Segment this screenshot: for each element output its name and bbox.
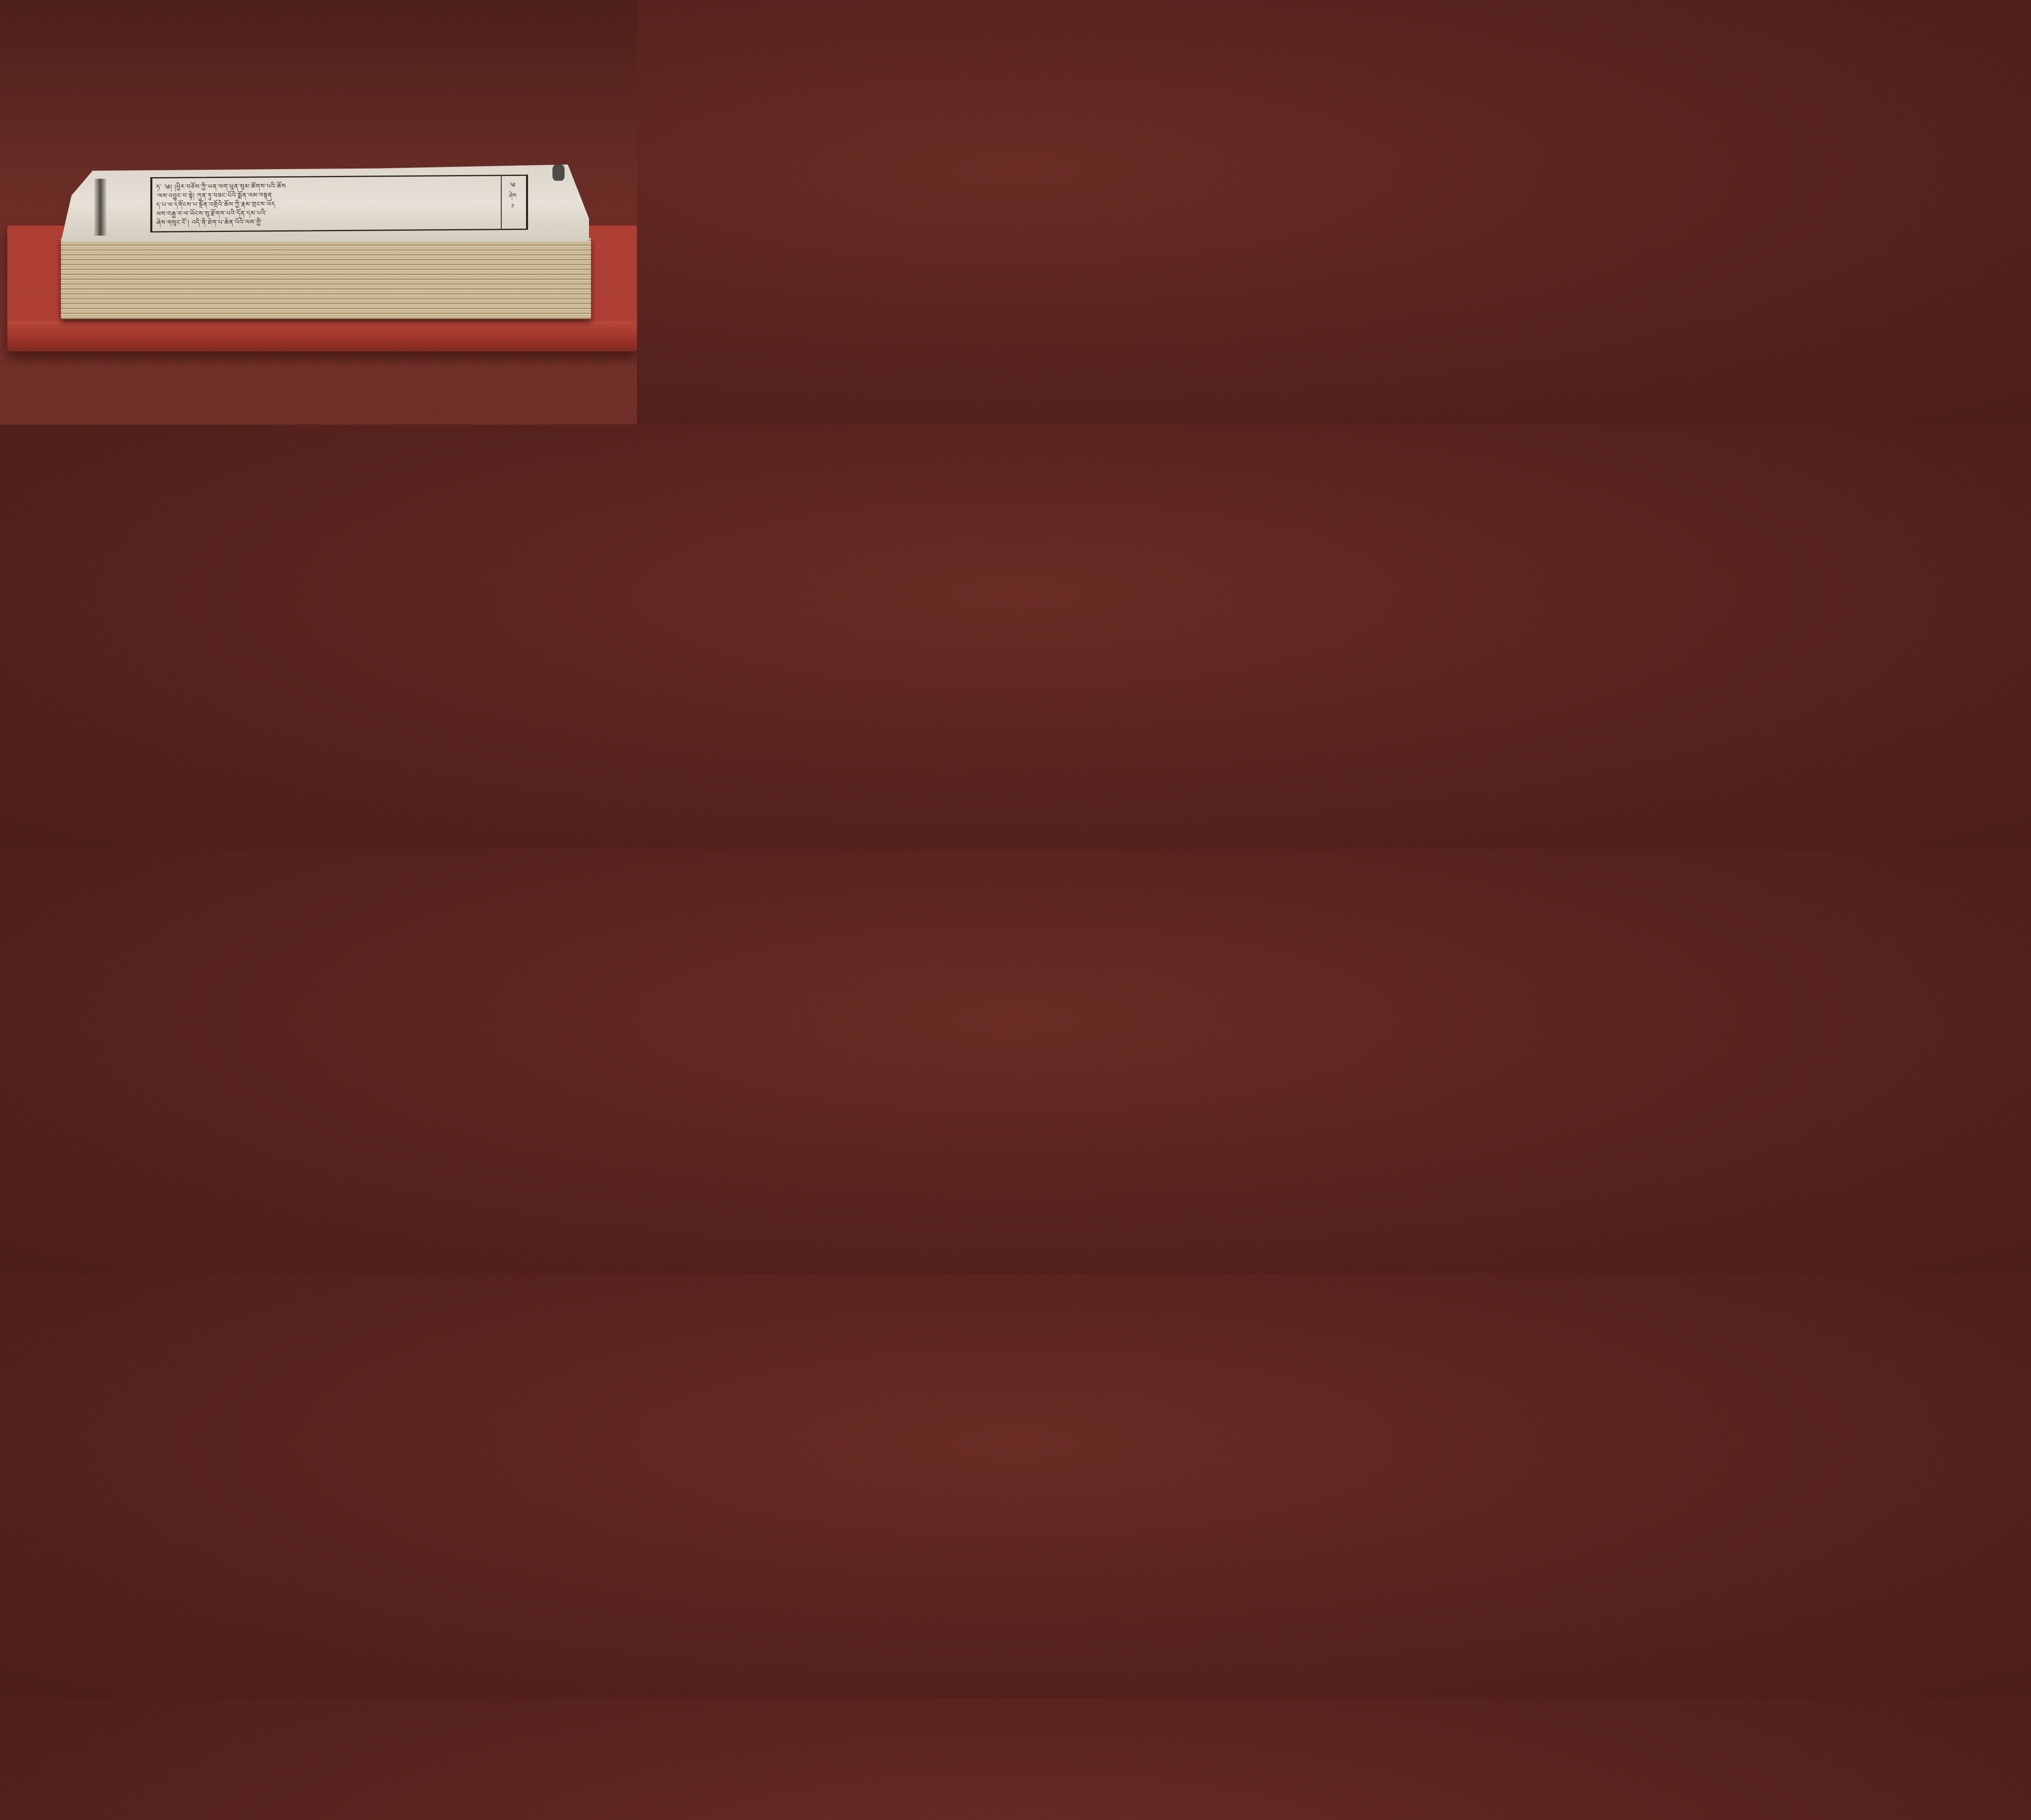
background-wall (0, 0, 637, 191)
red-cloth-front-edge (7, 321, 637, 351)
text-block: ཏ་ ༄། །ཕྱིར་བཅོས་ཀྱི་ཡན་ལག་ཕུན་སུམ་ཚོགས་… (156, 180, 498, 227)
left-ink-stain (94, 179, 106, 236)
text-line: ཞེས་གསུང་ངོ་། འདི་ནི་ཐེག་པ་ཆེན་པོའི་ལམ་ག… (156, 216, 498, 227)
margin-label: ༄ ཤེས ༡ (502, 180, 523, 212)
margin-glyph: ༄ (502, 180, 523, 191)
printed-text-frame: ཏ་ ༄། །ཕྱིར་བཅོས་ཀྱི་ཡན་ལག་ཕུན་སུམ་ཚོགས་… (150, 175, 528, 232)
margin-divider (501, 176, 502, 229)
right-ink-stain (552, 165, 565, 181)
page-stack-edges (61, 238, 591, 319)
margin-glyph: ༡ (502, 201, 523, 212)
margin-glyph: ཤེས (502, 191, 523, 201)
